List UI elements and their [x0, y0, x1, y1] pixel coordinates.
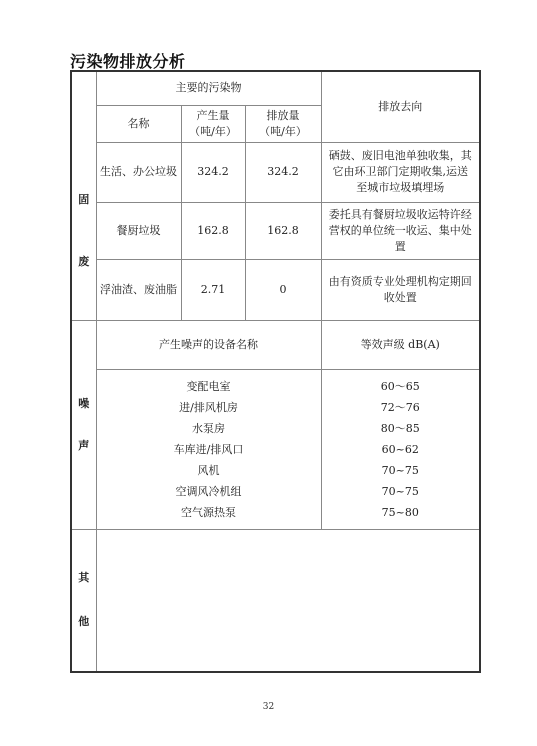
table-row: 餐厨垃圾 162.8 162.8 委托具有餐厨垃圾收运特许经营权的单位统一收运、…: [71, 202, 480, 259]
category-char: 其: [72, 570, 96, 586]
waste-discharged: 324.2: [245, 142, 321, 202]
header-equipment: 产生噪声的设备名称: [96, 320, 321, 369]
noise-level: 60～65: [322, 376, 480, 397]
header-noise-level: 等效声级 dB(A): [321, 320, 480, 369]
noise-level: 70~75: [322, 460, 480, 481]
table-row: 浮油渣、废油脂 2.71 0 由有资质专业处理机构定期回收处置: [71, 259, 480, 320]
category-other: 其 他: [71, 529, 96, 672]
equipment-item: 变配电室: [97, 376, 321, 397]
noise-level-list: 60～65 72～76 80～85 60~62 70~75 70~75 75~8…: [321, 369, 480, 529]
category-noise: 噪 声: [71, 320, 96, 529]
category-char: 他: [72, 614, 96, 630]
waste-discharged: 0: [245, 259, 321, 320]
waste-name: 浮油渣、废油脂: [96, 259, 181, 320]
header-destination: 排放去向: [321, 71, 480, 142]
header-generated-unit: （吨/年）: [182, 124, 245, 140]
other-content: [96, 529, 480, 672]
header-name: 名称: [96, 105, 181, 142]
table-row: 生活、办公垃圾 324.2 324.2 硒鼓、废旧电池单独收集，其它由环卫部门定…: [71, 142, 480, 202]
waste-generated: 162.8: [181, 202, 245, 259]
waste-name: 生活、办公垃圾: [96, 142, 181, 202]
equipment-item: 车库进/排风口: [97, 439, 321, 460]
page-number: 32: [0, 702, 537, 712]
pollutant-emission-table: 固 废 主要的污染物 排放去向 名称 产生量 （吨/年） 排放量 （吨/年） 生…: [70, 70, 481, 673]
waste-generated: 2.71: [181, 259, 245, 320]
header-discharged: 排放量 （吨/年）: [245, 105, 321, 142]
equipment-item: 风机: [97, 460, 321, 481]
noise-level: 80～85: [322, 418, 480, 439]
waste-generated: 324.2: [181, 142, 245, 202]
noise-level: 70~75: [322, 481, 480, 502]
header-main-pollutants: 主要的污染物: [96, 71, 321, 105]
waste-name: 餐厨垃圾: [96, 202, 181, 259]
noise-level: 72～76: [322, 397, 480, 418]
category-char: 固: [72, 192, 96, 208]
waste-destination: 由有资质专业处理机构定期回收处置: [321, 259, 480, 320]
noise-header-row: 噪 声 产生噪声的设备名称 等效声级 dB(A): [71, 320, 480, 369]
category-char: 声: [72, 438, 96, 454]
waste-discharged: 162.8: [245, 202, 321, 259]
waste-destination: 委托具有餐厨垃圾收运特许经营权的单位统一收运、集中处置: [321, 202, 480, 259]
header-generated: 产生量 （吨/年）: [181, 105, 245, 142]
header-discharged-label: 排放量: [246, 108, 321, 124]
equipment-item: 进/排风机房: [97, 397, 321, 418]
header-generated-label: 产生量: [182, 108, 245, 124]
noise-level: 60~62: [322, 439, 480, 460]
header-discharged-unit: （吨/年）: [246, 124, 321, 140]
equipment-item: 水泵房: [97, 418, 321, 439]
category-char: 废: [72, 254, 96, 270]
equipment-list: 变配电室 进/排风机房 水泵房 车库进/排风口 风机 空调风冷机组 空气源热泵: [96, 369, 321, 529]
category-char: 噪: [72, 396, 96, 412]
noise-level: 75~80: [322, 502, 480, 523]
section-title: 污染物排放分析: [70, 49, 186, 72]
solid-waste-header-row-1: 固 废 主要的污染物 排放去向: [71, 71, 480, 105]
waste-destination: 硒鼓、废旧电池单独收集，其它由环卫部门定期收集,运送至城市垃圾填埋场: [321, 142, 480, 202]
category-solid-waste: 固 废: [71, 71, 96, 320]
noise-data-row: 变配电室 进/排风机房 水泵房 车库进/排风口 风机 空调风冷机组 空气源热泵 …: [71, 369, 480, 529]
other-row: 其 他: [71, 529, 480, 672]
equipment-item: 空调风冷机组: [97, 481, 321, 502]
equipment-item: 空气源热泵: [97, 502, 321, 523]
